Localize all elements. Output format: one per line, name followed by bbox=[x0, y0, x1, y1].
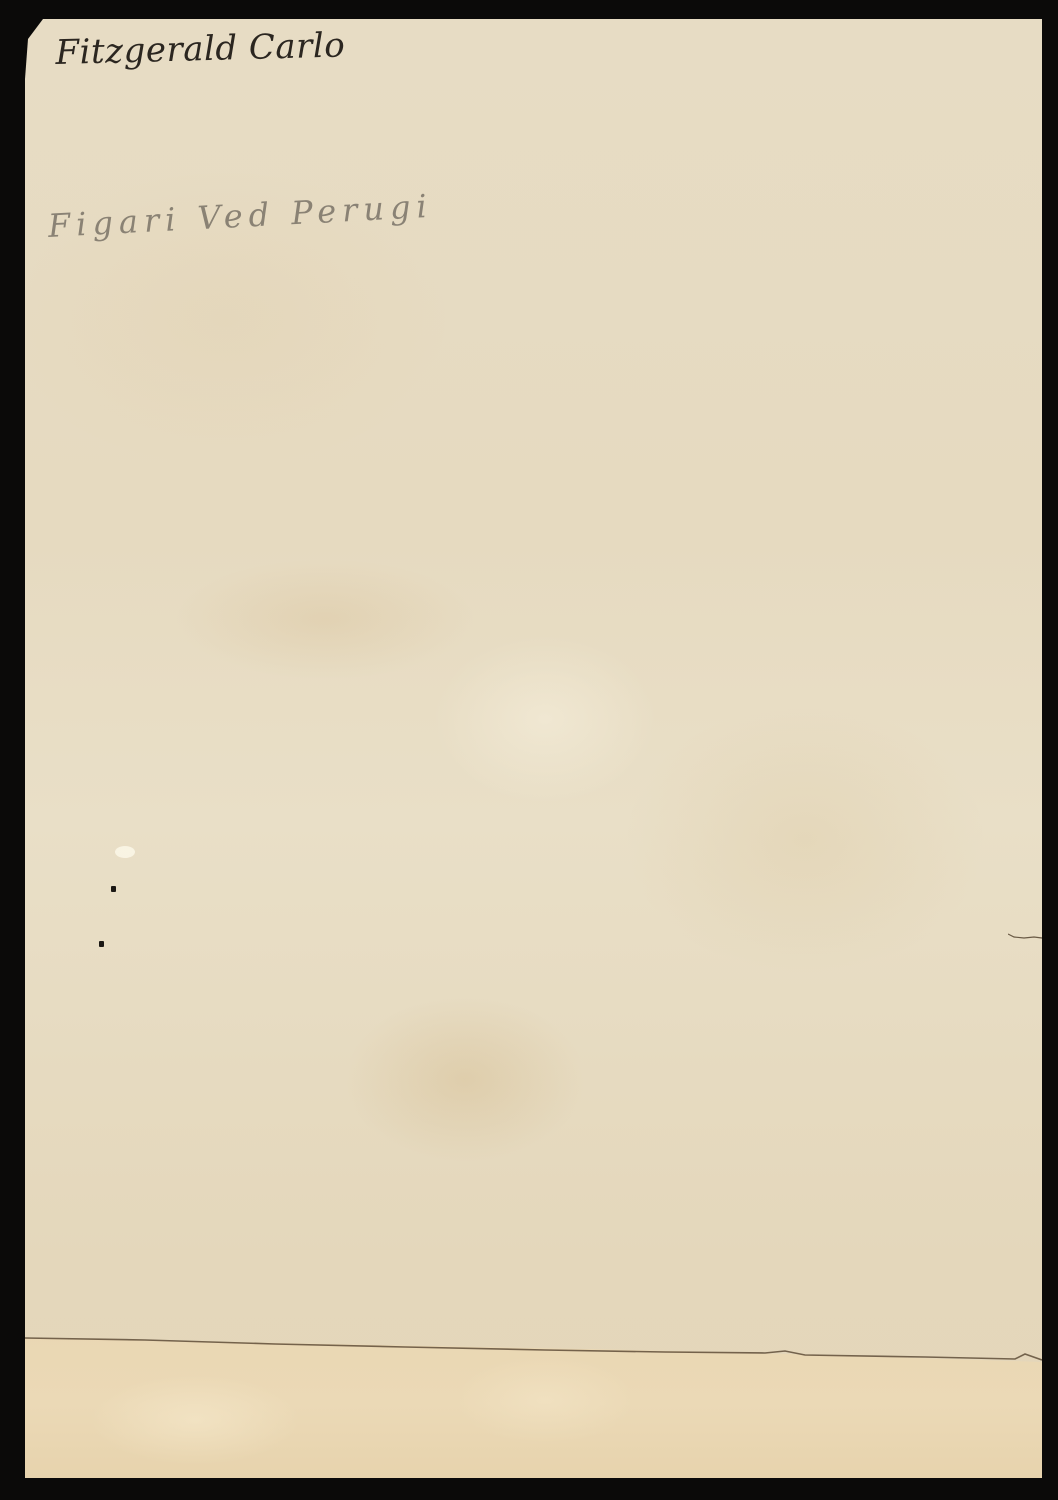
paper-sheet: Fitzgerald Carlo Figari Ved Perugi bbox=[25, 19, 1042, 1478]
pin-hole-mark bbox=[99, 941, 104, 947]
paper-dimple bbox=[115, 846, 135, 858]
folded-bottom-strip bbox=[25, 1330, 1042, 1478]
pencil-handwritten-note: Figari Ved Perugi bbox=[47, 187, 434, 245]
edge-tear bbox=[1008, 932, 1042, 940]
ink-handwritten-name: Fitzgerald Carlo bbox=[55, 25, 346, 73]
pin-hole-mark bbox=[111, 886, 116, 892]
